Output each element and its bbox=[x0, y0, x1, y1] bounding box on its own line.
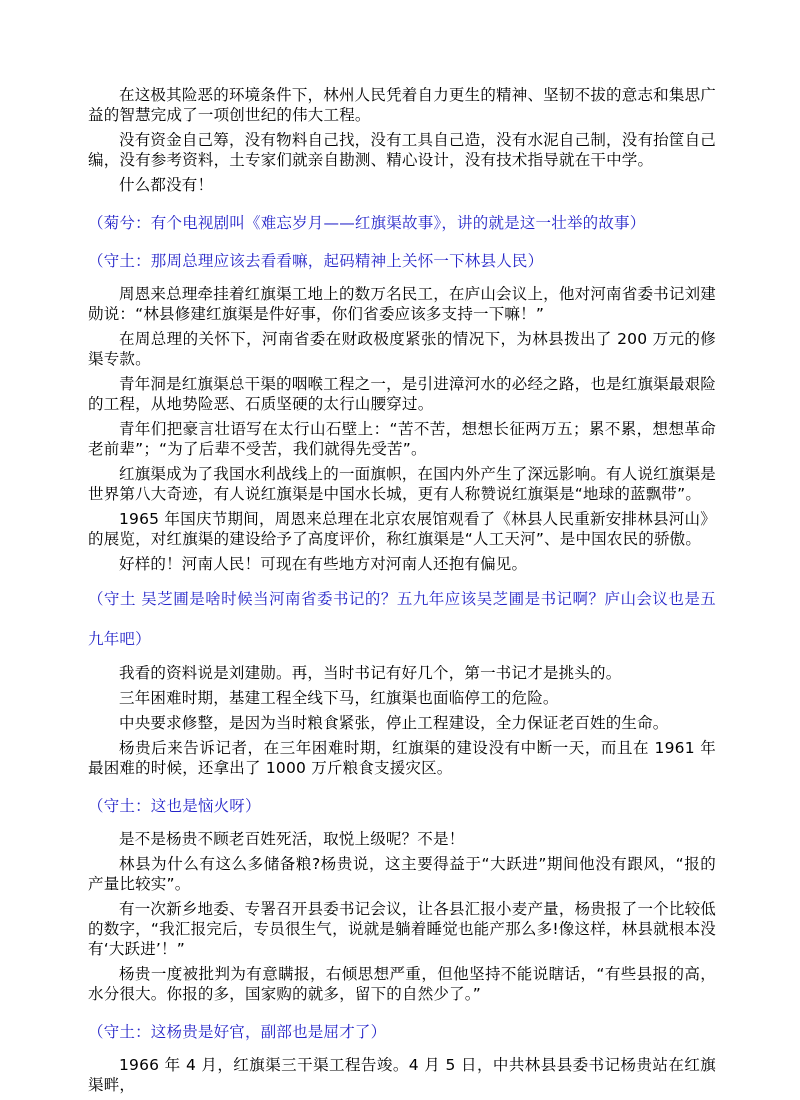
body-paragraph: 在周总理的关怀下，河南省委在财政极度紧张的情况下，为林县拨出了 200 万元的修… bbox=[88, 329, 716, 369]
reader-comment: （守土：那周总理应该去看看嘛，起码精神上关怀一下林县人民） bbox=[88, 251, 716, 271]
body-paragraph: 红旗渠成为了我国水利战线上的一面旗帜，在国内外产生了深远影响。有人说红旗渠是世界… bbox=[88, 464, 716, 504]
body-paragraph: 中央要求修整，是因为当时粮食紧张，停止工程建设，全力保证老百姓的生命。 bbox=[88, 713, 716, 733]
reader-comment: （守土：这杨贵是好官，副部也是屈才了） bbox=[88, 1022, 716, 1042]
body-paragraph: 三年困难时期，基建工程全线下马，红旗渠也面临停工的危险。 bbox=[88, 688, 716, 708]
body-paragraph: 1966 年 4 月，红旗渠三干渠工程告竣。4 月 5 日，中共林县县委书记杨贵… bbox=[88, 1055, 716, 1095]
document-page: 在这极其险恶的环境条件下，林州人民凭着自力更生的精神、坚韧不拔的意志和集思广益的… bbox=[0, 0, 800, 1100]
body-paragraph: 什么都没有！ bbox=[88, 175, 716, 195]
body-paragraph: 青年们把豪言壮语写在太行山石壁上：“苦不苦，想想长征两万五；累不累，想想革命老前… bbox=[88, 419, 716, 459]
body-paragraph: 我看的资料说是刘建勋。再，当时书记有好几个，第一书记才是挑头的。 bbox=[88, 663, 716, 683]
body-paragraph: 杨贵一度被批判为有意瞒报，右倾思想严重，但他坚持不能说瞎话，“有些县报的高，水分… bbox=[88, 964, 716, 1004]
body-paragraph: 有一次新乡地委、专署召开县委书记会议，让各县汇报小麦产量，杨贵报了一个比较低的数… bbox=[88, 899, 716, 959]
body-paragraph: 1965 年国庆节期间，周恩来总理在北京农展馆观看了《林县人民重新安排林县河山》… bbox=[88, 509, 716, 549]
body-paragraph: 在这极其险恶的环境条件下，林州人民凭着自力更生的精神、坚韧不拔的意志和集思广益的… bbox=[88, 85, 716, 125]
body-paragraph: 没有资金自己筹，没有物料自己找，没有工具自己造，没有水泥自己制，没有抬筐自己编，… bbox=[88, 130, 716, 170]
body-paragraph: 杨贵后来告诉记者，在三年困难时期，红旗渠的建设没有中断一天，而且在 1961 年… bbox=[88, 738, 716, 778]
body-paragraph: 是不是杨贵不顾老百姓死活，取悦上级呢？不是！ bbox=[88, 829, 716, 849]
body-paragraph: 好样的！河南人民！可现在有些地方对河南人还抱有偏见。 bbox=[88, 554, 716, 574]
reader-comment: （菊兮：有个电视剧叫《难忘岁月——红旗渠故事》，讲的就是这一壮举的故事） bbox=[88, 213, 716, 233]
reader-comment: （守土 吴芝圃是啥时候当河南省委书记的？五九年应该吴芝圃是书记啊？庐山会议也是五… bbox=[88, 579, 716, 659]
document-text-area: 在这极其险恶的环境条件下，林州人民凭着自力更生的精神、坚韧不拔的意志和集思广益的… bbox=[88, 85, 716, 1100]
body-paragraph: 林县为什么有这么多储备粮?杨贵说，这主要得益于“大跃进”期间他没有跟风，“报的产… bbox=[88, 854, 716, 894]
body-paragraph: 青年洞是红旗渠总干渠的咽喉工程之一，是引进漳河水的必经之路，也是红旗渠最艰险的工… bbox=[88, 374, 716, 414]
body-paragraph: 周恩来总理牵挂着红旗渠工地上的数万名民工，在庐山会议上，他对河南省委书记刘建勋说… bbox=[88, 284, 716, 324]
reader-comment: （守土：这也是恼火呀） bbox=[88, 796, 716, 816]
